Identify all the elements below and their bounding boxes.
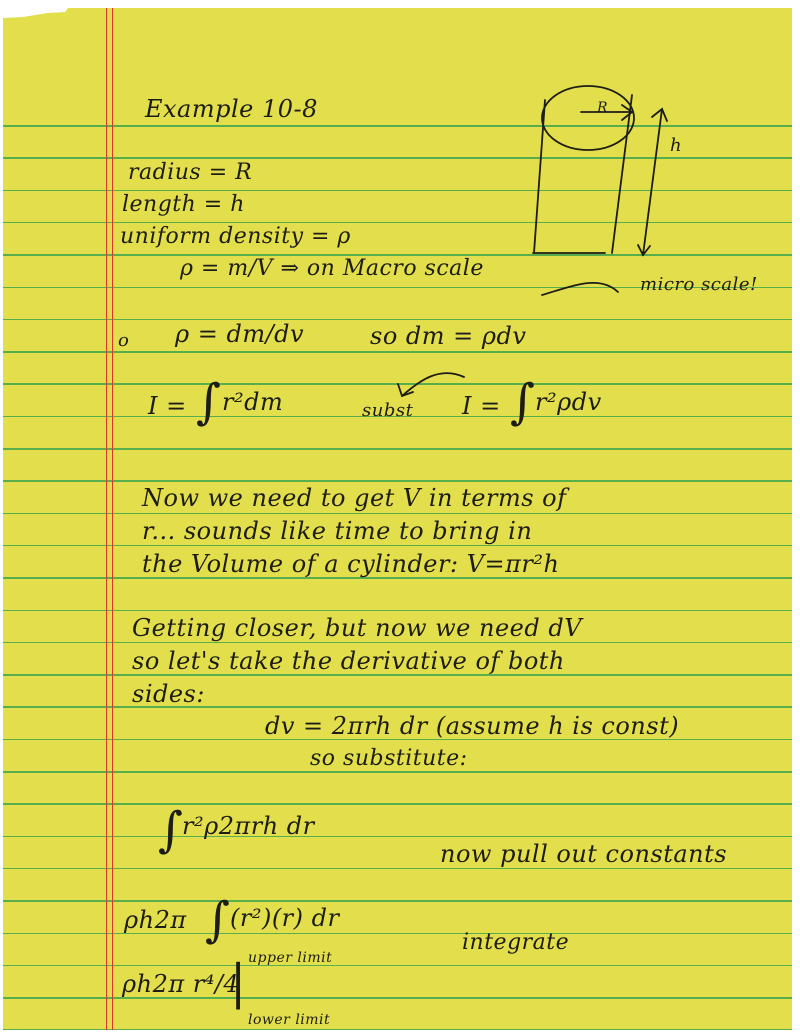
cylinder-top-ellipse: [542, 86, 634, 150]
height-arrow: [643, 109, 662, 255]
cylinder-diagram: [0, 0, 800, 1035]
micro-pointer-line: [542, 283, 618, 295]
